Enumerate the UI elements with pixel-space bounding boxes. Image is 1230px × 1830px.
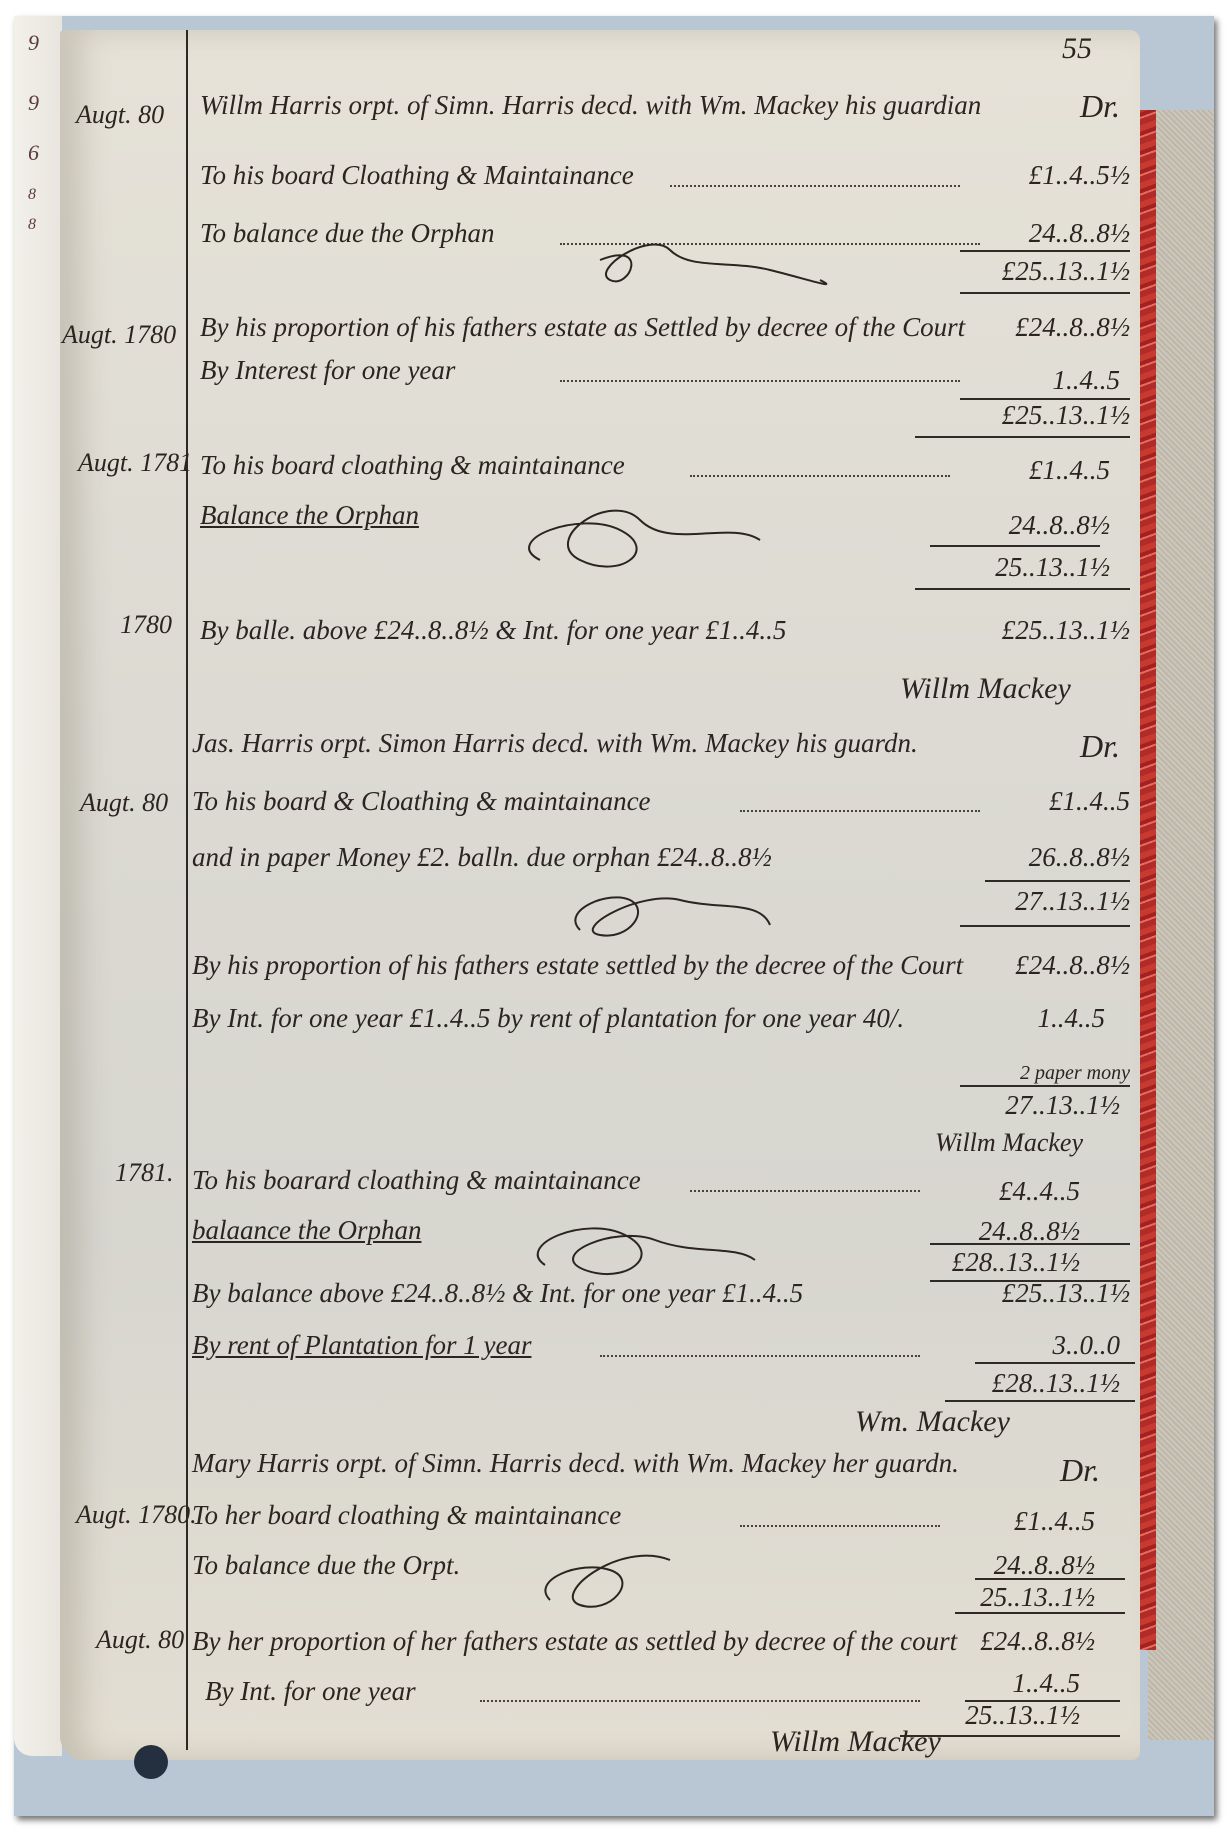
facing-page-edge: 9 9 6 8 8 bbox=[14, 16, 62, 1756]
ledger-amount: 1..4..5 bbox=[1013, 1668, 1081, 1699]
ledger-line: To his boarard cloathing & maintainance bbox=[192, 1165, 641, 1196]
leader-dots bbox=[690, 475, 950, 477]
guardian-signature: Wm. Mackey bbox=[855, 1405, 1010, 1439]
guardian-signature: Willm Mackey bbox=[770, 1725, 941, 1759]
entry-date: 1781. bbox=[115, 1158, 174, 1188]
ledger-line: By Interest for one year bbox=[200, 355, 455, 386]
ledger-line: By his proportion of his fathers estate … bbox=[200, 312, 965, 343]
leader-dots bbox=[600, 1355, 920, 1357]
sum-rule bbox=[975, 1578, 1125, 1580]
leader-dots bbox=[670, 185, 960, 187]
ledger-amount: 1..4..5 bbox=[1038, 1003, 1106, 1034]
ledger-total: £28..13..1½ bbox=[992, 1368, 1120, 1399]
ledger-amount: £24..8..8½ bbox=[1015, 950, 1130, 981]
leader-dots bbox=[560, 380, 960, 382]
ledger-amount: 3..0..0 bbox=[1053, 1330, 1121, 1361]
sum-rule bbox=[930, 545, 1100, 547]
debit-marker: Dr. bbox=[1080, 88, 1120, 125]
flourish-icon bbox=[590, 230, 850, 300]
ledger-line: To his board cloathing & maintainance bbox=[200, 450, 625, 481]
ledger-line: and in paper Money £2. balln. due orphan… bbox=[192, 842, 772, 873]
debit-marker: Dr. bbox=[1060, 1452, 1100, 1489]
ledger-amount: 2 paper mony bbox=[1020, 1062, 1130, 1085]
ledger-line: To his board Cloathing & Maintainance bbox=[200, 160, 634, 191]
date-column-rule bbox=[186, 30, 188, 1750]
ledger-amount: £25..13..1½ bbox=[1002, 1278, 1130, 1309]
entry-date: Augt. 80 bbox=[80, 788, 168, 818]
ledger-amount: 26..8..8½ bbox=[1029, 842, 1130, 873]
binder-clip bbox=[134, 1745, 168, 1779]
debit-marker: Dr. bbox=[1080, 728, 1120, 765]
sum-rule bbox=[960, 292, 1130, 294]
ledger-total: £25..13..1½ bbox=[1002, 256, 1130, 287]
ledger-amount: £1..4..5 bbox=[1014, 1506, 1095, 1537]
ledger-amount: £1..4..5 bbox=[1029, 455, 1110, 486]
ledger-amount: 24..8..8½ bbox=[994, 1550, 1095, 1581]
entry-date: Augt. 80 bbox=[96, 1625, 184, 1655]
margin-mark: 8 bbox=[28, 216, 36, 234]
flourish-icon bbox=[500, 490, 780, 580]
flourish-icon bbox=[560, 880, 780, 950]
entry-date: Augt. 1780 bbox=[62, 320, 176, 350]
sum-rule bbox=[955, 1612, 1125, 1614]
sum-rule bbox=[985, 880, 1130, 882]
sum-rule bbox=[915, 436, 1130, 438]
guardian-signature: Willm Mackey bbox=[935, 1128, 1083, 1158]
ledger-amount: 24..8..8½ bbox=[1029, 218, 1130, 249]
ledger-amount: £24..8..8½ bbox=[1015, 312, 1130, 343]
sum-rule bbox=[960, 250, 1130, 252]
ledger-line: balaance the Orphan bbox=[192, 1215, 421, 1246]
sum-rule bbox=[960, 925, 1130, 927]
ledger-line: By balle. above £24..8..8½ & Int. for on… bbox=[200, 615, 786, 646]
ledger-line: By Int. for one year £1..4..5 by rent of… bbox=[192, 1003, 904, 1034]
entry-heading: Willm Harris orpt. of Simn. Harris decd.… bbox=[200, 90, 981, 121]
sum-rule bbox=[960, 1085, 1130, 1087]
ledger-line: Balance the Orphan bbox=[200, 500, 419, 531]
ledger-line: To his board & Cloathing & maintainance bbox=[192, 786, 651, 817]
ledger-total: 25..13..1½ bbox=[995, 552, 1110, 583]
ledger-line: By Int. for one year bbox=[205, 1676, 416, 1707]
ledger-total: 25..13..1½ bbox=[980, 1582, 1095, 1613]
margin-mark: 8 bbox=[28, 186, 36, 204]
leader-dots bbox=[690, 1190, 920, 1192]
ledger-total: £25..13..1½ bbox=[1002, 400, 1130, 431]
ledger-line: To her board cloathing & maintainance bbox=[192, 1500, 621, 1531]
margin-mark: 9 bbox=[28, 30, 39, 56]
sum-rule bbox=[915, 588, 1130, 590]
ledger-total: 27..13..1½ bbox=[1015, 886, 1130, 917]
ledger-line: By her proportion of her fathers estate … bbox=[192, 1626, 957, 1657]
ledger-amount: 1..4..5 bbox=[1053, 365, 1121, 396]
ledger-total: 27..13..1½ bbox=[1005, 1090, 1120, 1121]
ledger-total: 25..13..1½ bbox=[965, 1700, 1080, 1731]
ledger-amount: 24..8..8½ bbox=[1009, 510, 1110, 541]
leader-dots bbox=[740, 1525, 940, 1527]
ledger-line: By his proportion of his fathers estate … bbox=[192, 950, 963, 981]
ledger-line: By balance above £24..8..8½ & Int. for o… bbox=[192, 1278, 803, 1309]
entry-date: Augt. 80 bbox=[76, 100, 164, 130]
ledger-line: To balance due the Orpt. bbox=[192, 1550, 460, 1581]
ledger-amount: £1..4..5 bbox=[1049, 786, 1130, 817]
flourish-icon bbox=[530, 1540, 690, 1620]
entry-date: Augt. 1780. bbox=[76, 1500, 197, 1530]
leader-dots bbox=[740, 810, 980, 812]
ledger-line: To balance due the Orphan bbox=[200, 218, 494, 249]
guardian-signature: Willm Mackey bbox=[900, 672, 1071, 706]
entry-heading: Jas. Harris orpt. Simon Harris decd. wit… bbox=[192, 728, 918, 759]
book-cover-cloth bbox=[1148, 110, 1214, 1740]
entry-heading: Mary Harris orpt. of Simn. Harris decd. … bbox=[192, 1448, 959, 1479]
ledger-amount: £24..8..8½ bbox=[980, 1626, 1095, 1657]
sum-rule bbox=[975, 1362, 1135, 1364]
leader-dots bbox=[480, 1700, 920, 1702]
sum-rule bbox=[930, 1243, 1130, 1245]
ledger-amount: £4..4..5 bbox=[999, 1176, 1080, 1207]
page-number: 55 bbox=[1062, 32, 1092, 66]
margin-mark: 9 bbox=[28, 90, 39, 116]
ledger-amount: £1..4..5½ bbox=[1029, 160, 1130, 191]
entry-date: Augt. 1781 bbox=[78, 448, 192, 478]
sum-rule bbox=[945, 1400, 1135, 1402]
ledger-total: £28..13..1½ bbox=[952, 1247, 1080, 1278]
ledger-line: By rent of Plantation for 1 year bbox=[192, 1330, 531, 1361]
ledger-amount: £25..13..1½ bbox=[1002, 615, 1130, 646]
flourish-icon bbox=[515, 1205, 765, 1285]
margin-mark: 6 bbox=[28, 140, 39, 166]
entry-date: 1780 bbox=[120, 610, 172, 640]
